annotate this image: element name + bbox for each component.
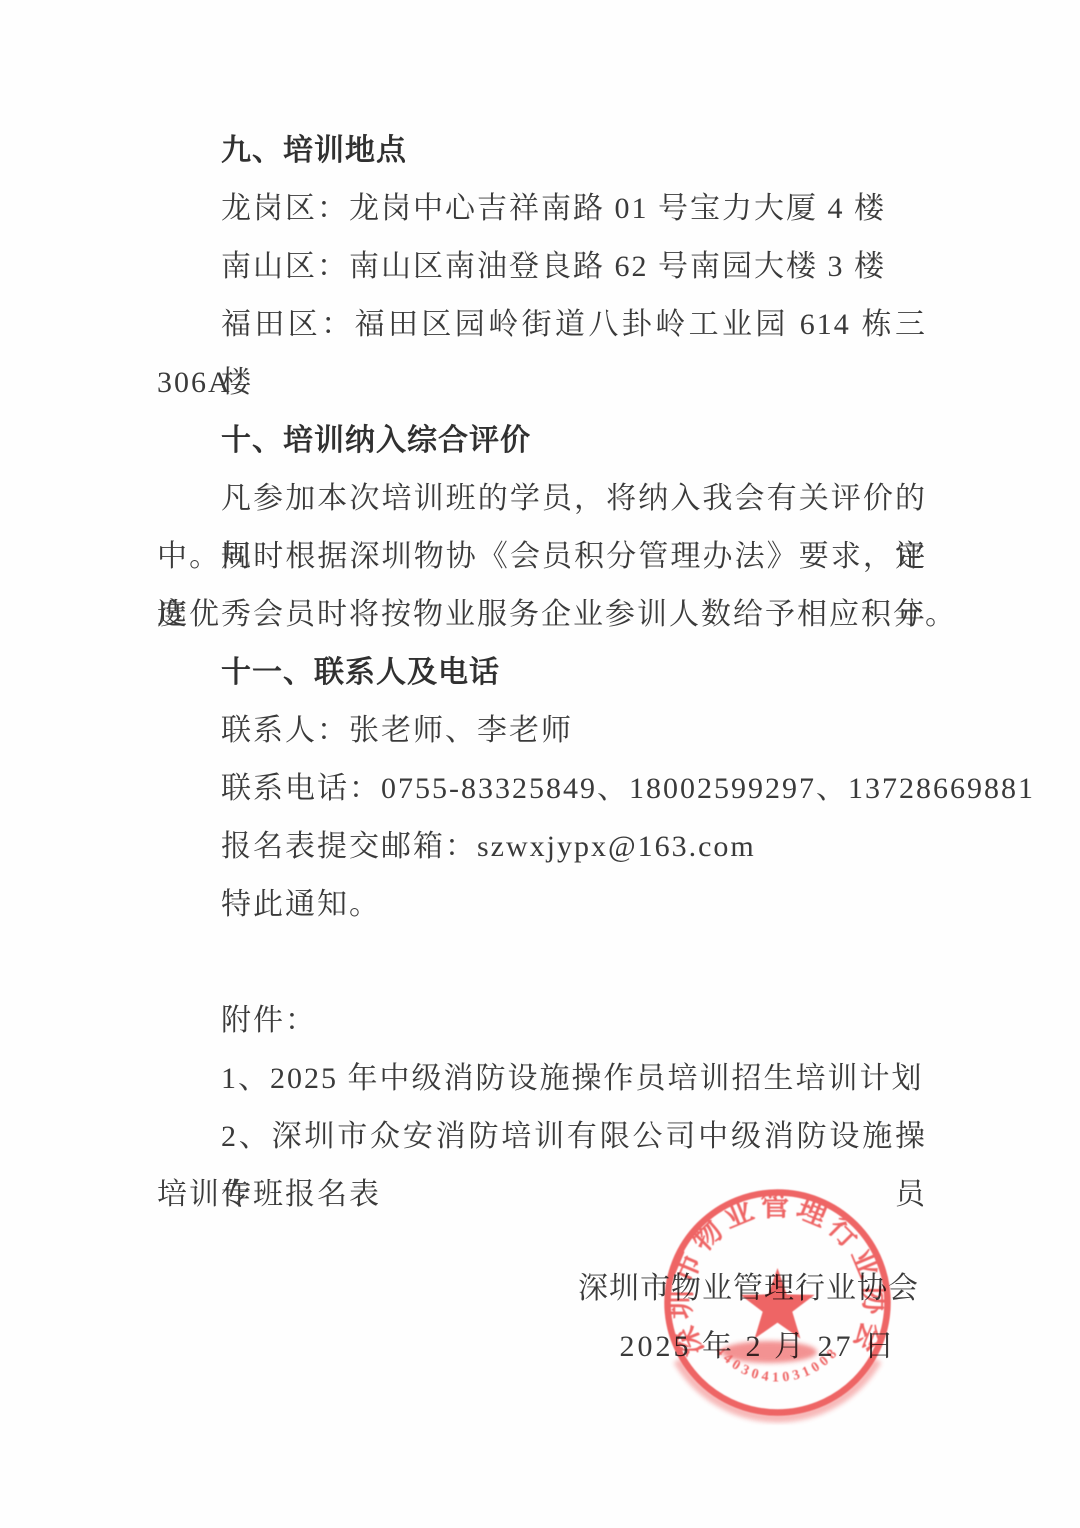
text-line: 南山区：南山区南油登良路 62 号南园大楼 3 楼: [157, 238, 927, 296]
text-line: 中。同时根据深圳物协《会员积分管理办法》要求，评选年: [157, 528, 927, 586]
text-line: 报名表提交邮箱：szwxjypx@163.com: [157, 818, 927, 876]
section-heading: 十一、联系人及电话: [157, 644, 927, 702]
document-page: 九、培训地点龙岗区：龙岗中心吉祥南路 01 号宝力大厦 4 楼南山区：南山区南油…: [0, 0, 1080, 1528]
text-line: 凡参加本次培训班的学员，将纳入我会有关评价的规定: [157, 470, 927, 528]
text-line: 1、2025 年中级消防设施操作员培训招生培训计划: [157, 1050, 927, 1108]
text-line: 度优秀会员时将按物业服务企业参训人数给予相应积分。: [157, 586, 927, 644]
text-line: 特此通知。: [157, 876, 927, 934]
signature-organization: 深圳市物业管理行业协会: [157, 1260, 927, 1318]
section-heading: 十、培训纳入综合评价: [157, 412, 927, 470]
text-line: 龙岗区：龙岗中心吉祥南路 01 号宝力大厦 4 楼: [157, 180, 927, 238]
text-line: 福田区：福田区园岭街道八卦岭工业园 614 栋三楼: [157, 296, 927, 354]
text-line: 联系电话：0755-83325849、18002599297、137286698…: [157, 760, 927, 818]
text-line: 附件：: [157, 992, 927, 1050]
text-line: 联系人：张老师、李老师: [157, 702, 927, 760]
text-line: 2、深圳市众安消防培训有限公司中级消防设施操作员: [157, 1108, 927, 1166]
notice-body: 九、培训地点龙岗区：龙岗中心吉祥南路 01 号宝力大厦 4 楼南山区：南山区南油…: [157, 122, 927, 1224]
section-heading: 九、培训地点: [157, 122, 927, 180]
text-line: 306A: [157, 354, 927, 412]
text-line: [157, 934, 927, 992]
signature-date: 2025 年 2 月 27 日: [157, 1318, 927, 1376]
signature-block: 深圳市物业管理行业协会 2025 年 2 月 27 日: [157, 1260, 927, 1376]
